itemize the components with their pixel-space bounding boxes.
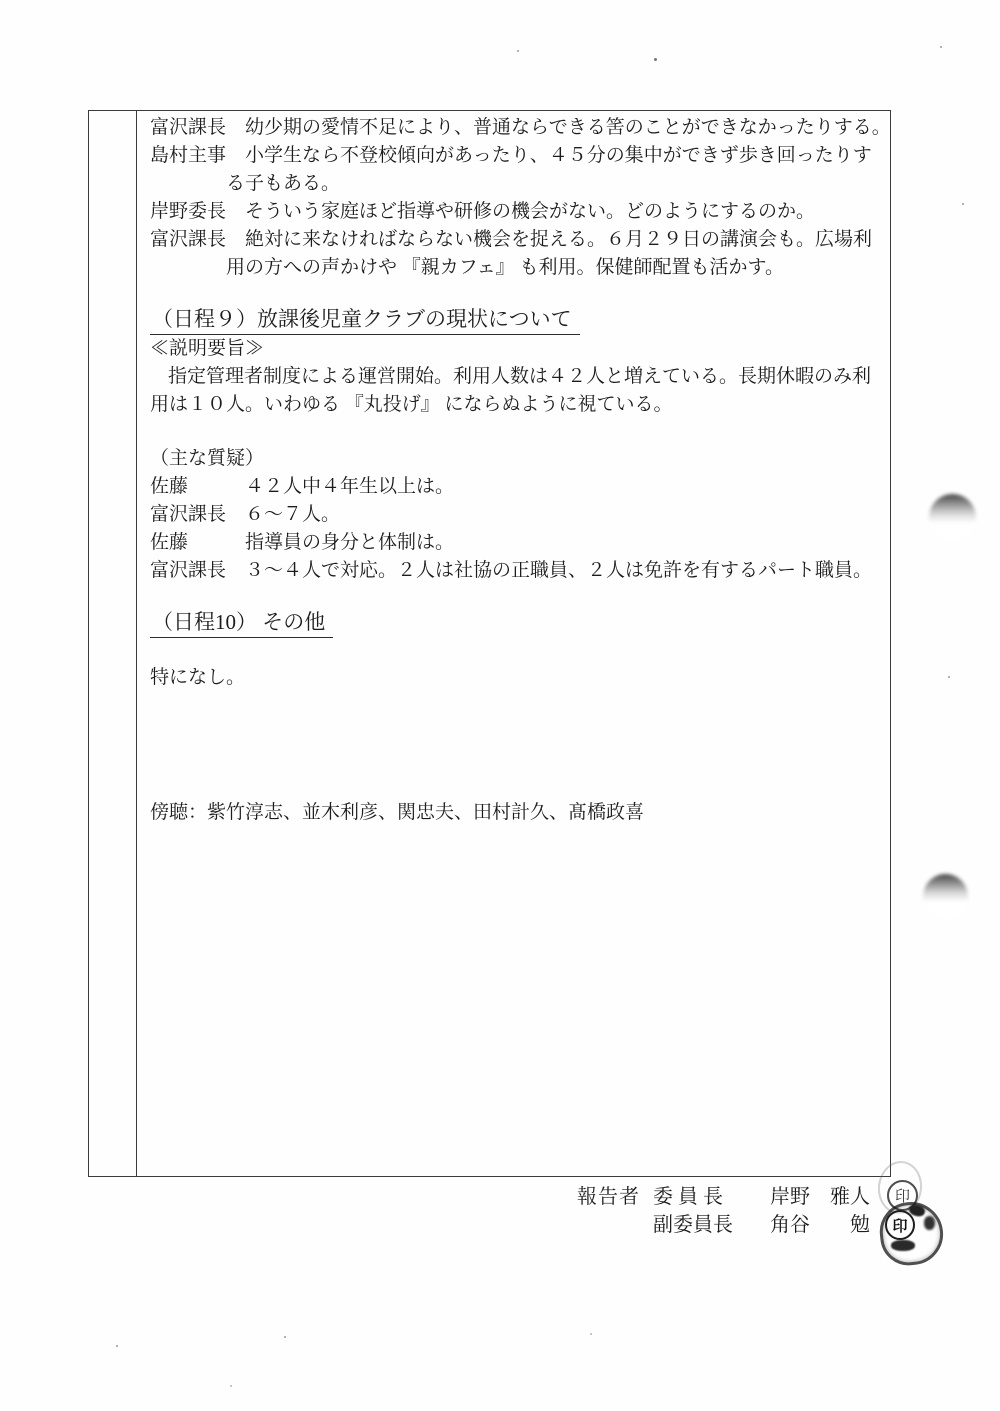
qa-line: 富沢課長３～４人で対応。２人は社協の正職員、２人は免許を有するパート職員。 — [150, 557, 890, 585]
scan-speck — [517, 50, 519, 52]
role-label: 委 員 長 — [653, 1183, 743, 1211]
speaker-name: 佐藤 — [150, 529, 245, 557]
scan-speck — [948, 676, 950, 678]
continuation-text: る子もある。 — [150, 170, 890, 198]
role-label: 副委員長 — [653, 1211, 743, 1239]
reporter-label: 報告者 — [577, 1183, 640, 1211]
statement-text: そういう家庭ほど指導や研修の機会がない。どのようにするのか。 — [245, 201, 815, 222]
minutes-table: 富沢課長幼少期の愛情不足により、普通ならできる筈のことができなかったりする。 島… — [88, 110, 891, 1177]
scan-speck — [940, 46, 942, 48]
speaker-name: 富沢課長 — [150, 501, 245, 529]
seal-stamp-vice-chairman: 印 — [885, 1210, 915, 1240]
table-content-column: 富沢課長幼少期の愛情不足により、普通ならできる筈のことができなかったりする。 島… — [137, 111, 890, 1176]
speaker-name: 佐藤 — [150, 473, 245, 501]
agenda10-heading: （日程10） その他 — [150, 608, 333, 638]
table-left-column — [89, 111, 137, 1176]
statement-text: ６～７人。 — [245, 504, 340, 525]
note-text: 特になし。 — [150, 664, 890, 692]
scan-speck — [356, 131, 358, 133]
reporter-given-name: 雅人 — [830, 1183, 870, 1211]
ink-smudge — [924, 1216, 935, 1230]
reporter-surname: 角谷 — [770, 1211, 810, 1239]
scan-speck — [230, 1385, 232, 1387]
agenda9-heading: （日程９）放課後児童クラブの現状について — [150, 305, 580, 335]
reporter-name: 角谷 勉 — [770, 1211, 870, 1239]
statement-text: 絶対に来なければならない機会を捉える。６月２９日の講演会も。広場利 — [245, 229, 872, 250]
speaker-name: 富沢課長 — [150, 557, 245, 585]
statement-text: 指導員の身分と体制は。 — [245, 532, 454, 553]
punch-hole — [929, 494, 976, 541]
scan-speck — [284, 1336, 286, 1338]
statement-text: 小学生なら不登校傾向があったり、４５分の集中ができず歩き回ったりす — [245, 145, 872, 166]
agenda9-heading-line: （日程９）放課後児童クラブの現状について — [150, 305, 890, 335]
continuation-text: 用の方への声かけや 『親カフェ』 も利用。保健師配置も活かす。 — [150, 254, 890, 282]
statement-text: 幼少期の愛情不足により、普通ならできる筈のことができなかったりする。 — [245, 117, 890, 138]
summary-label: ≪説明要旨≫ — [150, 335, 890, 363]
dialogue-line: 富沢課長絶対に来なければならない機会を捉える。６月２９日の講演会も。広場利 — [150, 226, 890, 254]
speaker-name: 富沢課長 — [150, 114, 245, 142]
reporter-name: 岸野 雅人 — [770, 1183, 870, 1211]
qa-line: 佐藤４２人中４年生以上は。 — [150, 473, 890, 501]
observers-line: 傍聴：紫竹淳志、並木利彦、関忠夫、田村計久、髙橋政喜 — [150, 799, 890, 827]
scan-speck — [654, 58, 657, 61]
scan-speck — [590, 1333, 592, 1335]
qa-line: 富沢課長６～７人。 — [150, 501, 890, 529]
seal-character: 印 — [892, 1215, 907, 1236]
scanned-minutes-page: 富沢課長幼少期の愛情不足により、普通ならできる筈のことができなかったりする。 島… — [0, 0, 1000, 1411]
reporter-surname: 岸野 — [770, 1183, 810, 1211]
statement-text: ３～４人で対応。２人は社協の正職員、２人は免許を有するパート職員。 — [245, 560, 872, 581]
ink-smudge — [891, 1240, 915, 1251]
dialogue-line: 富沢課長幼少期の愛情不足により、普通ならできる筈のことができなかったりする。 — [150, 114, 890, 142]
reporter-given-name: 勉 — [850, 1211, 870, 1239]
qa-line: 佐藤指導員の身分と体制は。 — [150, 529, 890, 557]
scan-speck — [116, 1345, 118, 1347]
dialogue-line: 島村主事小学生なら不登校傾向があったり、４５分の集中ができず歩き回ったりす — [150, 142, 890, 170]
scan-speck — [962, 203, 964, 205]
agenda10-heading-line: （日程10） その他 — [150, 608, 890, 638]
dialogue-line: 岸野委長そういう家庭ほど指導や研修の機会がない。どのようにするのか。 — [150, 198, 890, 226]
summary-text: 用は１０人。いわゆる 『丸投げ』 にならぬように視ている。 — [150, 391, 890, 419]
speaker-name: 島村主事 — [150, 142, 245, 170]
report-block: 報告者 委 員 長 岸野 雅人 副委員長 角谷 勉 印 印 — [577, 1183, 957, 1283]
speaker-name: 富沢課長 — [150, 226, 245, 254]
punch-hole — [923, 874, 968, 919]
summary-text: 指定管理者制度による運営開始。利用人数は４２人と増えている。長期休暇のみ利 — [150, 363, 890, 391]
statement-text: ４２人中４年生以上は。 — [245, 476, 454, 497]
speaker-name: 岸野委長 — [150, 198, 245, 226]
qa-label: （主な質疑） — [150, 445, 890, 473]
